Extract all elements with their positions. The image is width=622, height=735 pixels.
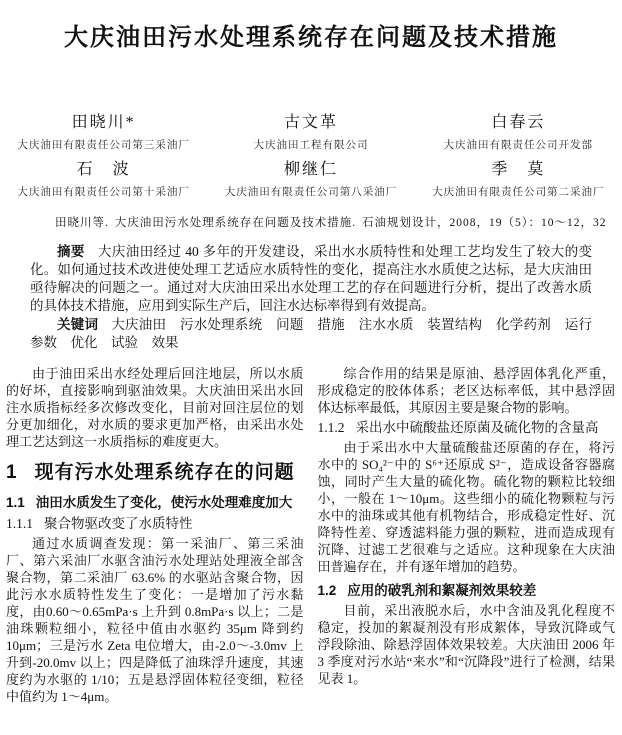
section-title: 现有污水处理系统存在的问题 [35,460,295,486]
keywords-text: 大庆油田 污水处理系统 问题 措施 注水水质 装置结构 化学药剂 运行参数 优化… [30,317,592,350]
author-cell: 季 莫 大庆油田有限责任公司第二采油厂 [415,159,622,199]
authors-section: 田晓川* 大庆油田有限责任公司第三采油厂 古文革 大庆油田工程有限公司 白春云 … [0,112,622,199]
abstract-label: 摘要 [57,244,85,259]
keywords-label: 关键词 [57,317,98,332]
author-cell: 古文革 大庆油田工程有限公司 [207,112,414,152]
section-number: 1 [6,460,18,486]
author-cell: 白春云 大庆油田有限责任公司开发部 [415,112,622,152]
section-1-1-1-heading: 1.1.1 聚合物驱改变了水质特性 [6,515,304,533]
author-name: 柳继仁 [207,159,414,181]
author-affiliation: 大庆油田有限责任公司第十采油厂 [0,184,207,199]
author-name: 季 莫 [415,159,622,181]
author-affiliation: 大庆油田有限责任公司第三采油厂 [0,137,207,152]
section-1-1-2-heading: 1.1.2 采出水中硫酸盐还原菌及硫化物的含量高 [318,419,616,437]
section-1-1-1-paragraph: 通过水质调查发现：第一采油厂、第三采油厂、第六采油厂水驱含油污水处理站处理液全部… [6,535,304,705]
author-name: 石 波 [0,159,207,181]
section-1-2-paragraph: 目前，采出液脱水后，水中含油及乳化程度不稳定，投加的絮凝剂没有形成絮体，导致沉降… [318,602,616,687]
author-name: 古文革 [207,112,414,134]
author-name: 田晓川* [0,112,207,134]
intro-paragraph: 由于油田采出水经处理后回注地层，所以水质的好坏，直接影响到驱油效果。大庆油田采出… [6,365,304,450]
author-affiliation: 大庆油田工程有限公司 [207,137,414,152]
right-column: 综合作用的结果是原油、悬浮固体乳化严重，形成稳定的胶体体系；老区达标率低，其中悬… [318,365,616,705]
abstract-section: 摘要大庆油田经过 40 多年的开发建设，采出水水质特性和处理工艺均发生了较大的变… [30,243,592,315]
section-title: 应用的破乳剂和絮凝剂效果较差 [347,582,536,600]
section-title: 油田水质发生了变化，使污水处理难度加大 [36,494,293,512]
section-number: 1.1.1 [6,515,33,533]
author-affiliation: 大庆油田有限责任公司第八采油厂 [207,184,414,199]
section-1-1-2-paragraph: 由于采出水中大量硫酸盐还原菌的存在，将污水中的 SO₄²⁻中的 S⁶⁺还原成 S… [318,439,616,575]
section-number: 1.2 [318,582,337,600]
body-columns: 由于油田采出水经处理后回注地层，所以水质的好坏，直接影响到驱油效果。大庆油田采出… [6,365,615,705]
section-number: 1.1 [6,494,25,512]
keywords-section: 关键词大庆油田 污水处理系统 问题 措施 注水水质 装置结构 化学药剂 运行参数… [30,316,592,352]
section-number: 1.1.2 [318,419,345,437]
paper-title: 大庆油田污水处理系统存在问题及技术措施 [0,0,622,56]
author-affiliation: 大庆油田有限责任公司第二采油厂 [415,184,622,199]
author-cell: 石 波 大庆油田有限责任公司第十采油厂 [0,159,207,199]
section-title: 采出水中硫酸盐还原菌及硫化物的含量高 [356,419,599,437]
author-cell: 柳继仁 大庆油田有限责任公司第八采油厂 [207,159,414,199]
citation-line: 田晓川等. 大庆油田污水处理系统存在问题及技术措施. 石油规划设计，2008，1… [55,214,602,230]
section-title: 聚合物驱改变了水质特性 [44,515,193,533]
section-1-1-heading: 1.1 油田水质发生了变化，使污水处理难度加大 [6,494,304,512]
left-column: 由于油田采出水经处理后回注地层，所以水质的好坏，直接影响到驱油效果。大庆油田采出… [6,365,304,705]
section-1-heading: 1 现有污水处理系统存在的问题 [6,460,304,486]
continuation-paragraph: 综合作用的结果是原油、悬浮固体乳化严重，形成稳定的胶体体系；老区达标率低，其中悬… [318,365,616,416]
section-1-2-heading: 1.2 应用的破乳剂和絮凝剂效果较差 [318,582,616,600]
author-affiliation: 大庆油田有限责任公司开发部 [415,137,622,152]
author-name: 白春云 [415,112,622,134]
paper-page: 大庆油田污水处理系统存在问题及技术措施 田晓川* 大庆油田有限责任公司第三采油厂… [0,0,622,735]
author-cell: 田晓川* 大庆油田有限责任公司第三采油厂 [0,112,207,152]
abstract-text: 大庆油田经过 40 多年的开发建设，采出水水质特性和处理工艺均发生了较大的变化。… [30,244,592,313]
